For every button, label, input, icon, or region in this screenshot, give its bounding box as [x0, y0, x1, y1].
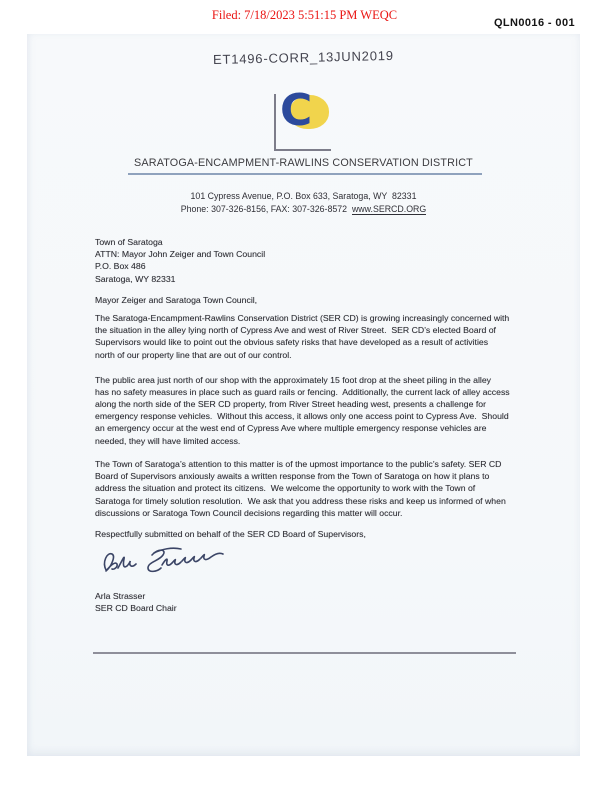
recipient-line: Town of Saratoga [95, 236, 265, 248]
closing-line: Respectfully submitted on behalf of the … [95, 528, 366, 540]
salutation: Mayor Zeiger and Saratoga Town Council, [95, 294, 257, 306]
document-id-label: QLN0016 - 001 [494, 17, 575, 29]
signature-handwriting-icon [96, 543, 236, 583]
letterhead-contact: Phone: 307-326-8156, FAX: 307-326-8572 w… [27, 204, 580, 214]
bottom-divider [93, 652, 516, 654]
website-link: www.SERCD.ORG [352, 204, 426, 215]
handwritten-annotation: ET1496-CORR_13JUN2019 [213, 48, 394, 67]
logo-c-icon: C [280, 89, 312, 133]
recipient-line: Saratoga, WY 82331 [95, 273, 265, 285]
signature-block: Arla Strasser SER CD Board Chair [95, 590, 177, 614]
letterhead-divider [128, 173, 482, 175]
signer-name: Arla Strasser [95, 590, 177, 602]
scan-paper: ET1496-CORR_13JUN2019 C SARATOGA-ENCAMPM… [27, 34, 580, 756]
letterhead-address: 101 Cypress Avenue, P.O. Box 633, Sarato… [27, 191, 580, 201]
scanned-letter-page: Filed: 7/18/2023 5:51:15 PM WEQC QLN0016… [0, 0, 609, 793]
recipient-line: ATTN: Mayor John Zeiger and Town Council [95, 248, 265, 260]
paragraph-3: The Town of Saratoga’s attention to this… [95, 458, 506, 519]
paragraph-1: The Saratoga-Encampment-Rawlins Conserva… [95, 312, 509, 361]
signer-title: SER CD Board Chair [95, 602, 177, 614]
paragraph-2: The public area just north of our shop w… [95, 374, 510, 447]
logo-corner-horizontal-line [274, 149, 331, 151]
organization-name: SARATOGA-ENCAMPMENT-RAWLINS CONSERVATION… [27, 157, 580, 169]
letterhead-phone-fax: Phone: 307-326-8156, FAX: 307-326-8572 [181, 204, 352, 214]
logo-corner-vertical-line [274, 94, 276, 150]
recipient-block: Town of Saratoga ATTN: Mayor John Zeiger… [95, 236, 265, 285]
recipient-line: P.O. Box 486 [95, 260, 265, 272]
conservation-district-logo: C [272, 92, 334, 154]
